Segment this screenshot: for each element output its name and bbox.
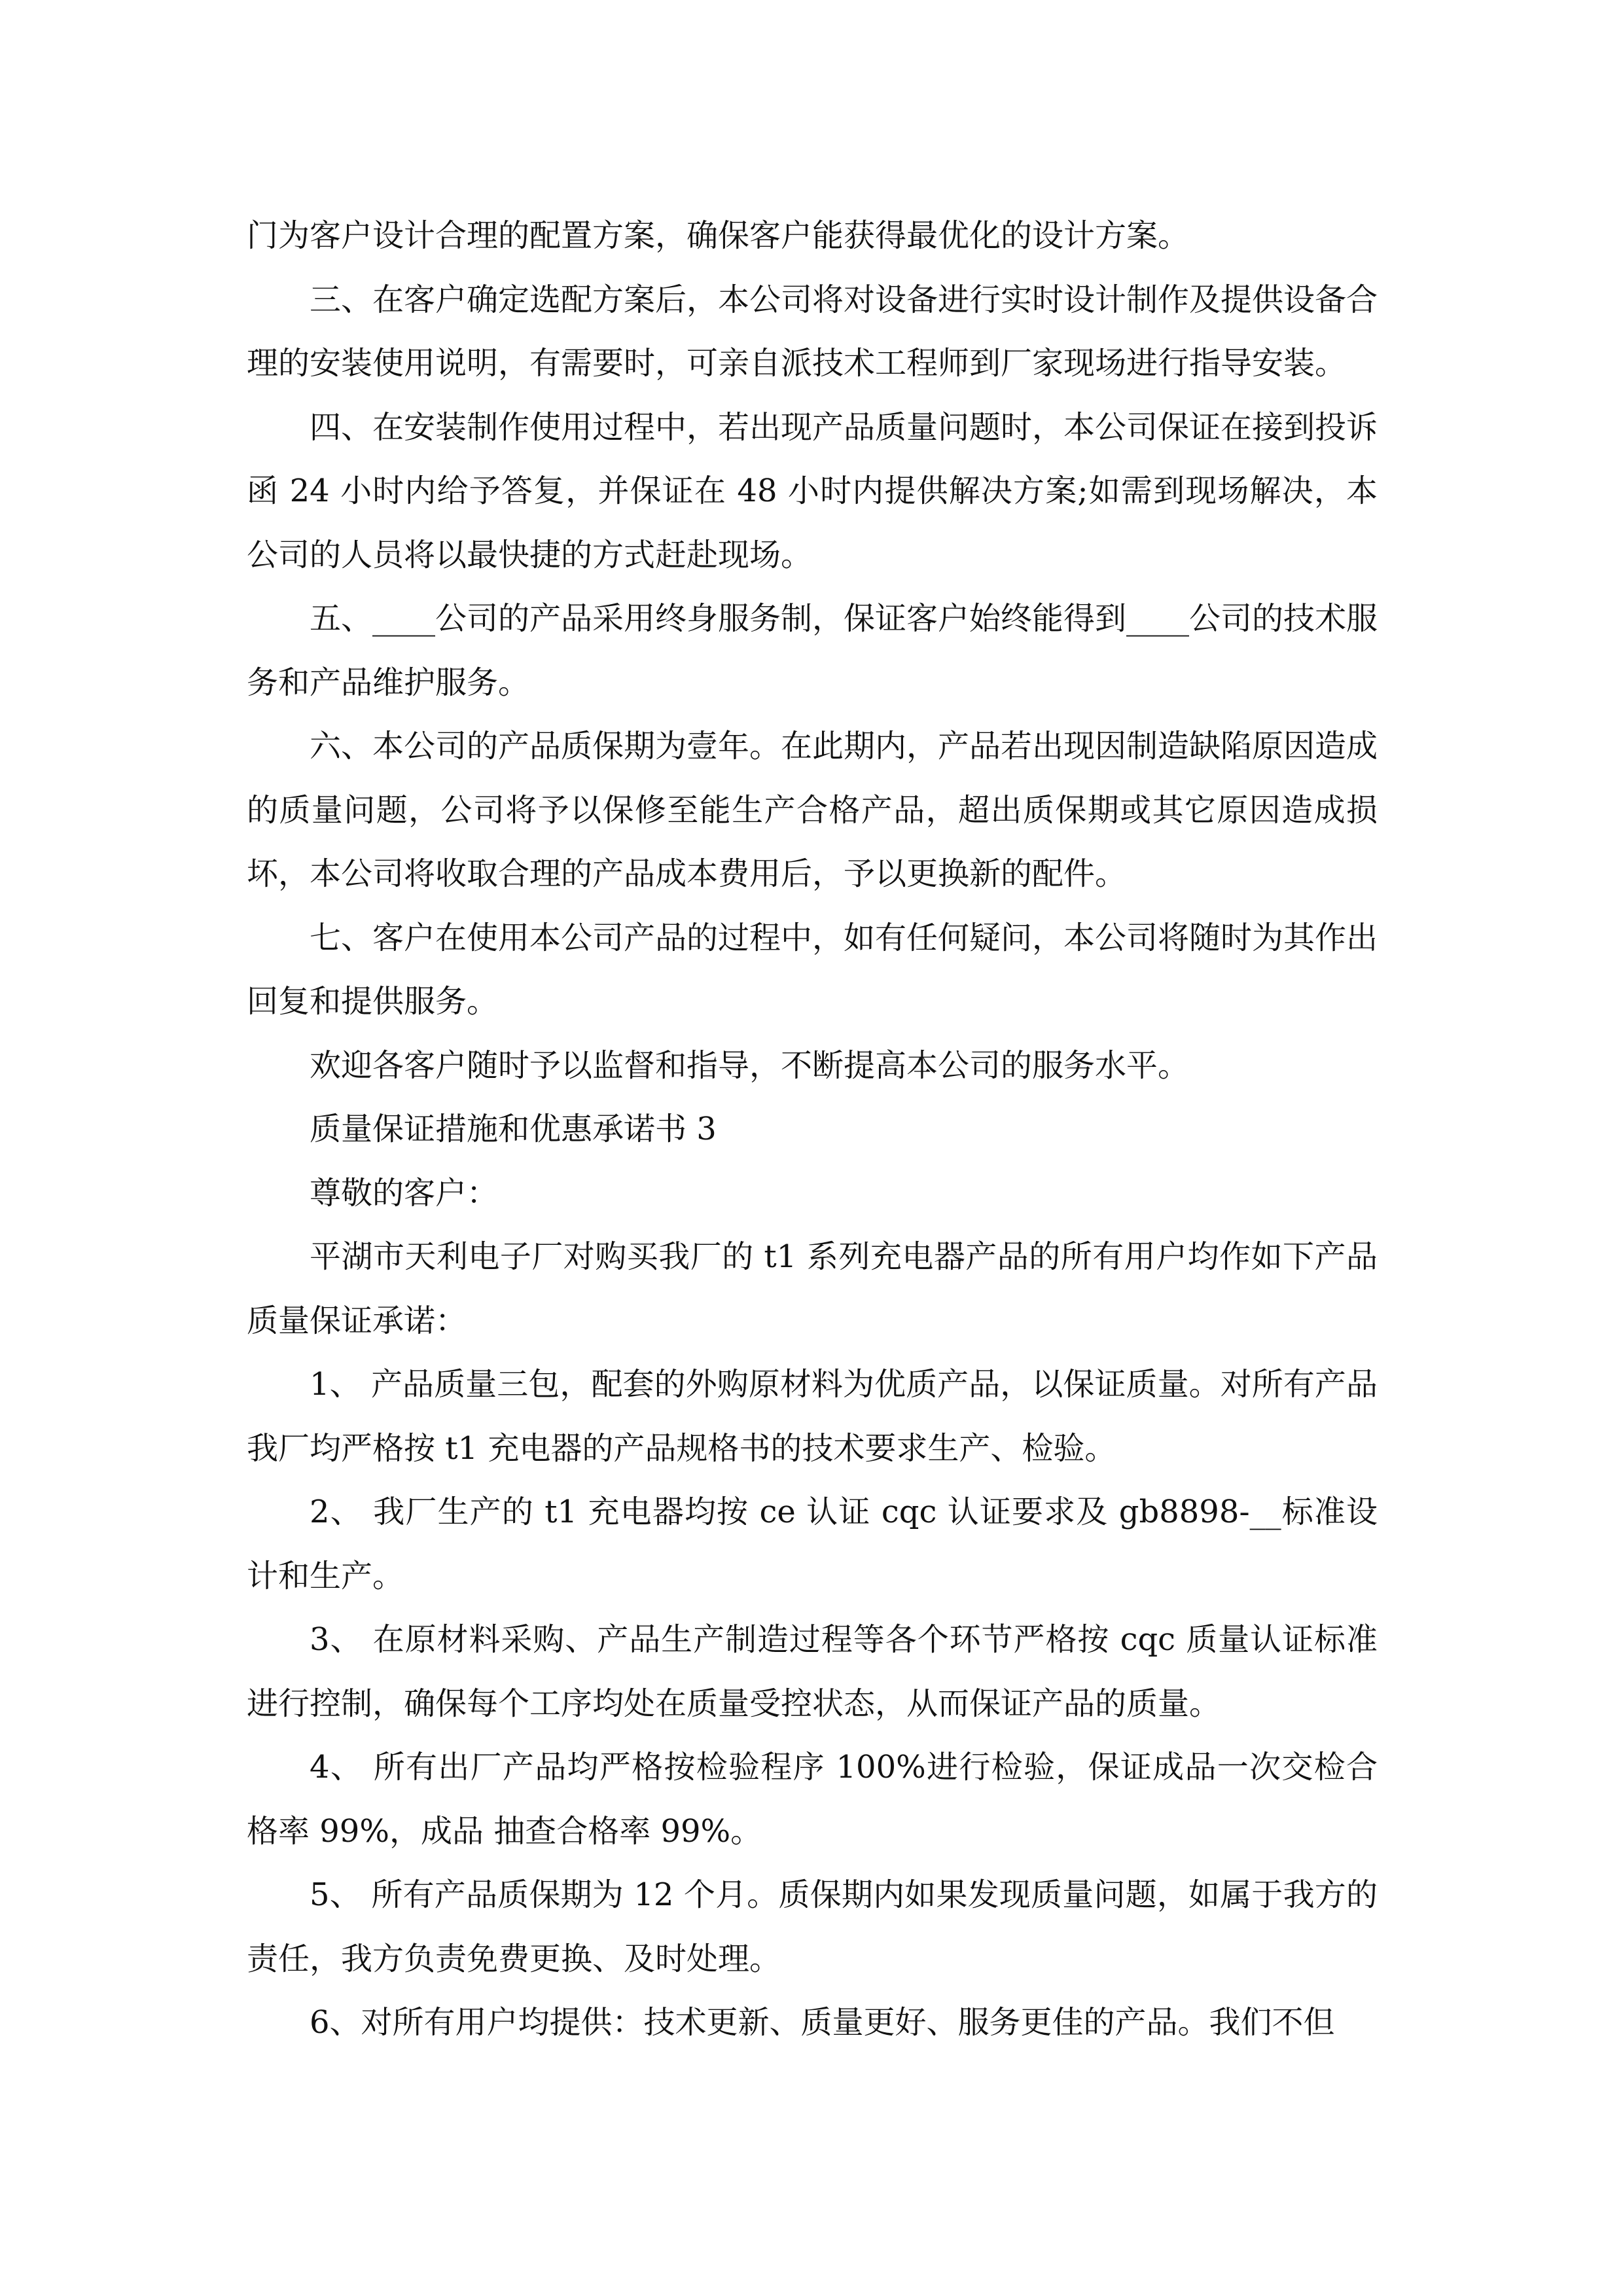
salutation: 尊敬的客户： (247, 1162, 1378, 1226)
paragraph-item-5: 五、____公司的产品采用终身服务制，保证客户始终能得到____公司的技术服务和… (247, 587, 1378, 715)
paragraph-commitment-intro: 平湖市天利电子厂对购买我厂的 t1 系列充电器产品的所有用户均作如下产品质量保证… (247, 1225, 1378, 1353)
document-body: 门为客户设计合理的配置方案，确保客户能获得最优化的设计方案。 三、在客户确定选配… (247, 204, 1378, 2055)
document-page: 门为客户设计合理的配置方案，确保客户能获得最优化的设计方案。 三、在客户确定选配… (0, 0, 1623, 2296)
commitment-item-4: 4、 所有出厂产品均严格按检验程序 100%进行检验，保证成品一次交检合格率 9… (247, 1736, 1378, 1863)
paragraph-item-4: 四、在安装制作使用过程中，若出现产品质量问题时，本公司保证在接到投诉函 24 小… (247, 396, 1378, 588)
paragraph-item-3: 三、在客户确定选配方案后，本公司将对设备进行实时设计制作及提供设备合理的安装使用… (247, 268, 1378, 396)
paragraph-closing: 欢迎各客户随时予以监督和指导，不断提高本公司的服务水平。 (247, 1034, 1378, 1098)
commitment-item-1: 1、 产品质量三包，配套的外购原材料为优质产品，以保证质量。对所有产品我厂均严格… (247, 1353, 1378, 1480)
paragraph-item-6: 六、本公司的产品质保期为壹年。在此期内，产品若出现因制造缺陷原因造成的质量问题，… (247, 715, 1378, 906)
paragraph-item-7: 七、客户在使用本公司产品的过程中，如有任何疑问，本公司将随时为其作出回复和提供服… (247, 906, 1378, 1034)
section-title: 质量保证措施和优惠承诺书 3 (247, 1098, 1378, 1162)
commitment-item-3: 3、 在原材料采购、产品生产制造过程等各个环节严格按 cqc 质量认证标准进行控… (247, 1608, 1378, 1736)
commitment-item-6: 6、对所有用户均提供：技术更新、质量更好、服务更佳的产品。我们不但 (247, 1991, 1378, 2055)
paragraph-intro-continuation: 门为客户设计合理的配置方案，确保客户能获得最优化的设计方案。 (247, 204, 1378, 268)
commitment-item-2: 2、 我厂生产的 t1 充电器均按 ce 认证 cqc 认证要求及 gb8898… (247, 1480, 1378, 1608)
commitment-item-5: 5、 所有产品质保期为 12 个月。质保期内如果发现质量问题，如属于我方的责任，… (247, 1863, 1378, 1991)
